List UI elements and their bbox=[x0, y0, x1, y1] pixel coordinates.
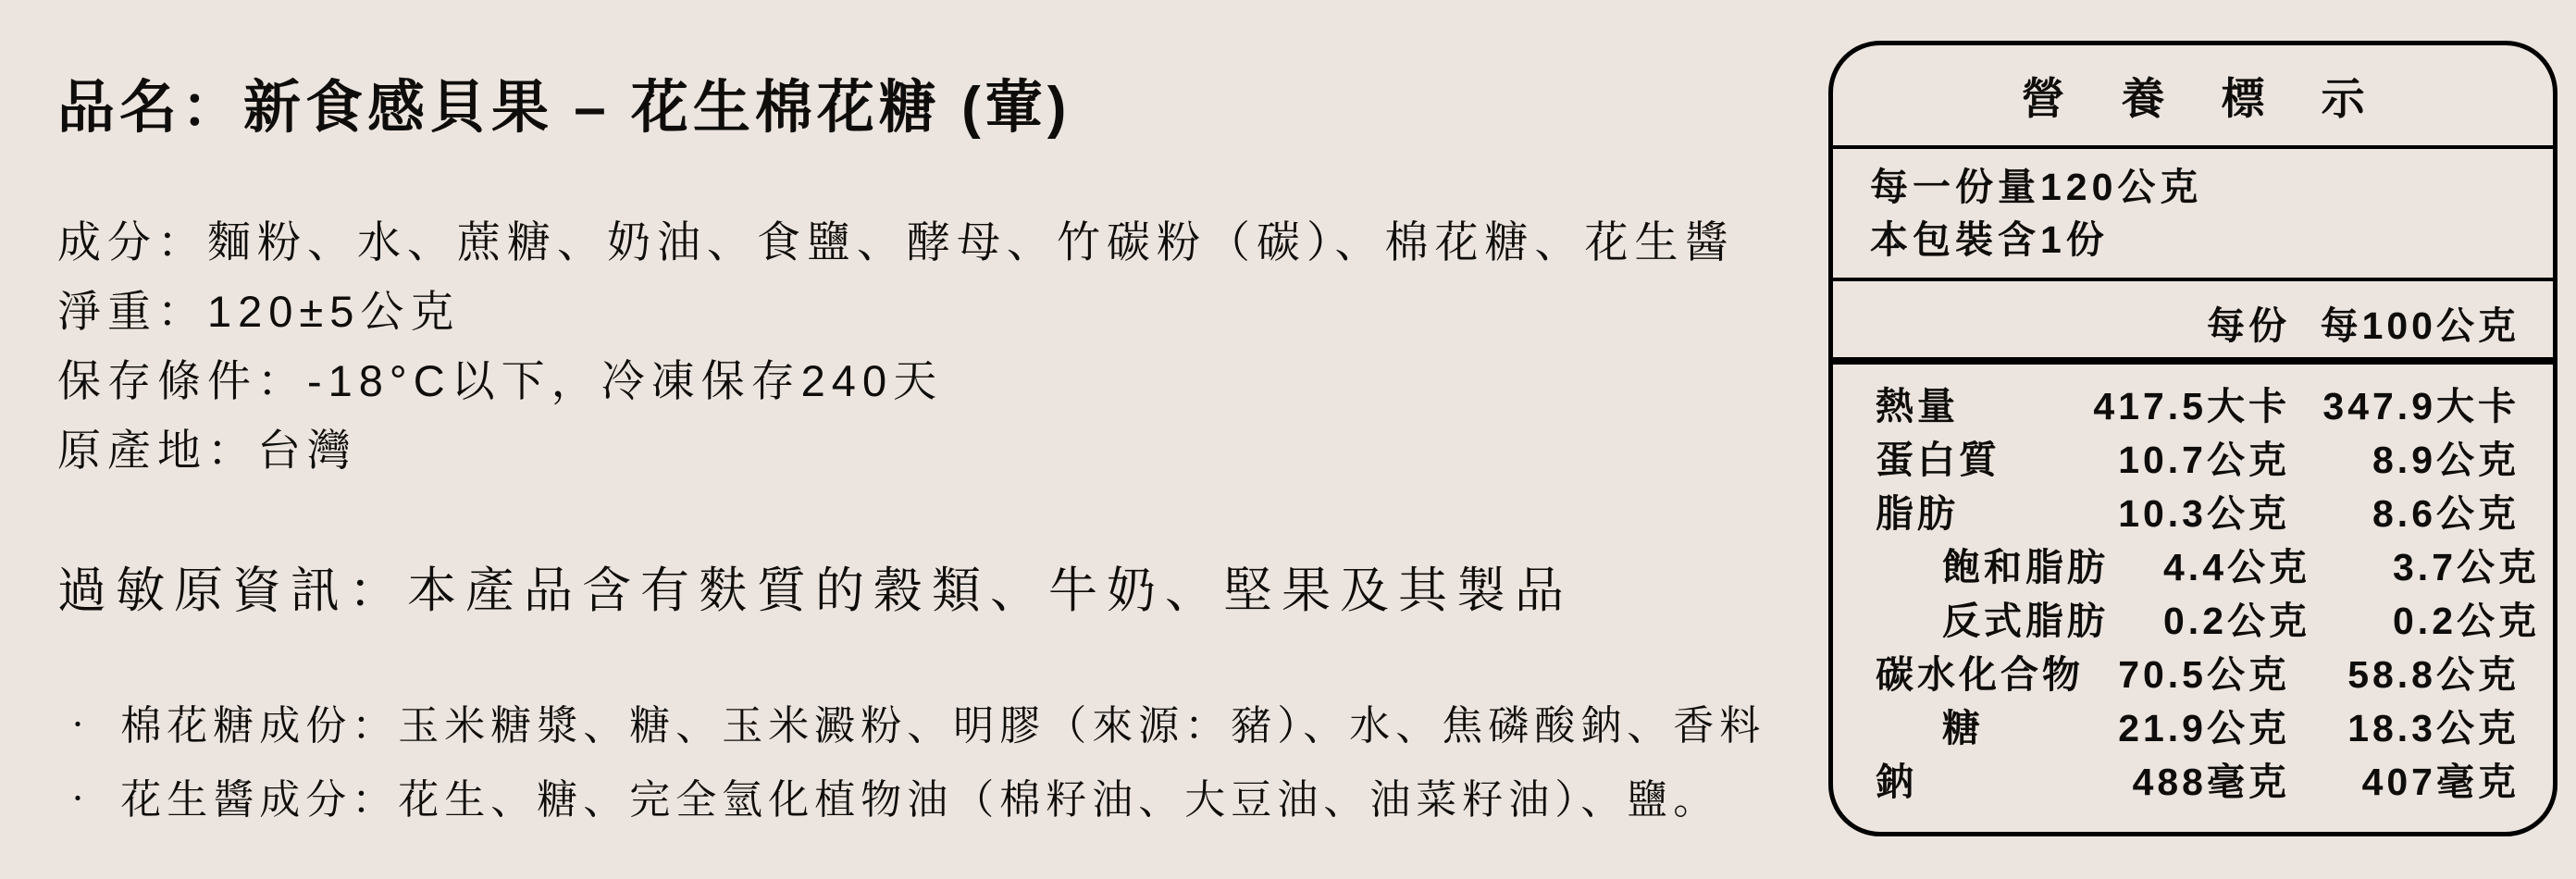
table-row: 熱量 417.5大卡 347.9大卡 bbox=[1876, 379, 2520, 433]
serving-info: 每一份量120公克 本包裝含1份 bbox=[1833, 149, 2553, 281]
per-serving-value: 417.5大卡 bbox=[2088, 379, 2290, 433]
product-details: 成分：麵粉、水、蔗糖、奶油、食鹽、酵母、竹碳粉（碳）、棉花糖、花生醬 淨重：12… bbox=[57, 207, 1735, 485]
table-row: 飽和脂肪 4.4公克 3.7公克 bbox=[1876, 540, 2520, 594]
per-100g-value: 8.9公克 bbox=[2290, 433, 2520, 487]
per-serving-value: 10.7公克 bbox=[2088, 433, 2290, 487]
per-100g-value: 3.7公克 bbox=[2310, 540, 2540, 594]
marshmallow-ingredients-line: ‧ 棉花糖成份：玉米糖漿、糖、玉米澱粉、明膠（來源：豬）、水、焦磷酸鈉、香料 bbox=[57, 689, 1765, 763]
nutrition-rows: 熱量 417.5大卡 347.9大卡 蛋白質 10.7公克 8.9公克 脂肪 1… bbox=[1833, 365, 2553, 832]
per-serving-value: 4.4公克 bbox=[2109, 540, 2310, 594]
per-100g-value: 0.2公克 bbox=[2310, 594, 2540, 648]
nutrition-label: 營 養 標 示 每一份量120公克 本包裝含1份 每份 每100公克 熱量 41… bbox=[1828, 41, 2557, 836]
allergen-line: 過敏原資訊：本產品含有麩質的穀類、牛奶、堅果及其製品 bbox=[57, 551, 1573, 622]
nutrient-name: 蛋白質 bbox=[1876, 433, 2088, 487]
per-serving-value: 488毫克 bbox=[2088, 755, 2290, 809]
table-row: 蛋白質 10.7公克 8.9公克 bbox=[1876, 433, 2520, 487]
per-100g-value: 347.9大卡 bbox=[2290, 379, 2520, 433]
per-serving-value: 0.2公克 bbox=[2109, 594, 2310, 648]
column-per-serving: 每份 bbox=[2088, 295, 2290, 350]
product-title: 品名：新食感貝果 – 花生棉花糖 (葷) bbox=[57, 61, 1071, 143]
nutrient-name: 脂肪 bbox=[1876, 487, 2088, 540]
origin-line: 原產地：台灣 bbox=[57, 415, 1735, 485]
per-serving-value: 10.3公克 bbox=[2088, 487, 2290, 540]
table-row: 鈉 488毫克 407毫克 bbox=[1876, 755, 2520, 809]
nutrient-name: 鈉 bbox=[1876, 755, 2088, 809]
table-row: 糖 21.9公克 18.3公克 bbox=[1876, 701, 2520, 755]
nutrient-name: 反式脂肪 bbox=[1876, 594, 2109, 648]
servings-per-package-line: 本包裝含1份 bbox=[1870, 214, 2553, 266]
peanut-butter-ingredients-line: ‧ 花生醬成分：花生、糖、完全氫化植物油（棉籽油、大豆油、油菜籽油）、鹽。 bbox=[57, 763, 1765, 837]
nutrition-column-headers: 每份 每100公克 bbox=[1833, 281, 2553, 365]
sub-ingredients: ‧ 棉花糖成份：玉米糖漿、糖、玉米澱粉、明膠（來源：豬）、水、焦磷酸鈉、香料 ‧… bbox=[57, 689, 1765, 837]
table-row: 反式脂肪 0.2公克 0.2公克 bbox=[1876, 594, 2520, 648]
per-100g-value: 8.6公克 bbox=[2290, 487, 2520, 540]
table-row: 碳水化合物 70.5公克 58.8公克 bbox=[1876, 648, 2520, 701]
ingredients-line: 成分：麵粉、水、蔗糖、奶油、食鹽、酵母、竹碳粉（碳）、棉花糖、花生醬 bbox=[57, 207, 1735, 277]
nutrient-name: 糖 bbox=[1876, 701, 2088, 755]
per-100g-value: 58.8公克 bbox=[2290, 648, 2520, 701]
serving-size-line: 每一份量120公克 bbox=[1870, 161, 2553, 214]
per-serving-value: 21.9公克 bbox=[2088, 701, 2290, 755]
nutrition-title: 營 養 標 示 bbox=[1833, 45, 2553, 149]
nutrient-name: 熱量 bbox=[1876, 379, 2088, 433]
per-100g-value: 18.3公克 bbox=[2290, 701, 2520, 755]
per-100g-value: 407毫克 bbox=[2290, 755, 2520, 809]
net-weight-line: 淨重：120±5公克 bbox=[57, 277, 1735, 346]
nutrient-name: 飽和脂肪 bbox=[1876, 540, 2109, 594]
nutrient-name: 碳水化合物 bbox=[1876, 648, 2088, 701]
column-per-100g: 每100公克 bbox=[2290, 295, 2520, 350]
table-row: 脂肪 10.3公克 8.6公克 bbox=[1876, 487, 2520, 540]
per-serving-value: 70.5公克 bbox=[2088, 648, 2290, 701]
storage-line: 保存條件：-18°C以下，冷凍保存240天 bbox=[57, 346, 1735, 415]
